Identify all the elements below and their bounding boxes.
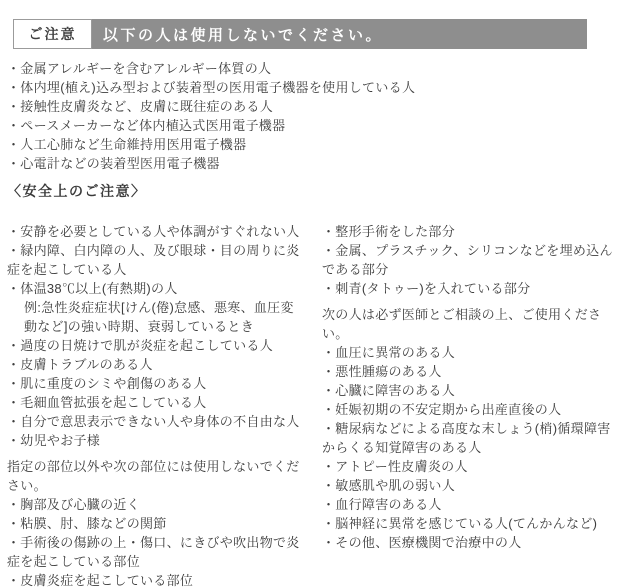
list-item: ・その他、医療機関で治療中の人 bbox=[322, 533, 614, 552]
list-item: ・体温38℃以上(有熱期)の人 bbox=[7, 279, 307, 298]
list-item: ・血行障害のある人 bbox=[322, 495, 614, 514]
list-item: ・心臓に障害のある人 bbox=[322, 381, 614, 400]
list-item: ・胸部及び心臓の近く bbox=[7, 495, 307, 514]
list-item: ・悪性腫瘍のある人 bbox=[322, 362, 614, 381]
list-item: ・人工心肺など生命維持用医用電子機器 bbox=[7, 135, 640, 154]
list-item: ・皮膚炎症を起こしている部位 bbox=[7, 571, 307, 588]
list-item: ・アトピー性皮膚炎の人 bbox=[322, 457, 614, 476]
list-item: ・血圧に異常のある人 bbox=[322, 343, 614, 362]
list-item: ・自分で意思表示できない人や身体の不自由な人 bbox=[7, 412, 307, 431]
safety-column-right: ・整形手術をした部分・金属、プラスチック、シリコンなどを埋め込んである部分・刺青… bbox=[322, 222, 614, 552]
list-item: ・妊娠初期の不安定期から出産直後の人 bbox=[322, 400, 614, 419]
safety-section-heading: 〈安全上のご注意〉 bbox=[7, 181, 640, 201]
safety-column-left: ・安静を必要としている人や体調がすぐれない人・緑内障、白内障の人、及び眼球・目の… bbox=[7, 222, 307, 588]
list-item: ・緑内障、白内障の人、及び眼球・目の周りに炎症を起こしている人 bbox=[7, 241, 307, 279]
list-item: ・肌に重度のシミや創傷のある人 bbox=[7, 374, 307, 393]
list-item: ・過度の日焼けで肌が炎症を起こしている人 bbox=[7, 336, 307, 355]
caution-header: ご注意 以下の人は使用しないでください。 bbox=[13, 19, 587, 49]
list-item: ・ペースメーカーなど体内植込式医用電子機器 bbox=[7, 116, 640, 135]
list-item: ・幼児やお子様 bbox=[7, 431, 307, 450]
list-item: ・糖尿病などによる高度な末しょう(梢)循環障害からくる知覚障害のある人 bbox=[322, 419, 614, 457]
list-item: ・皮膚トラブルのある人 bbox=[7, 355, 307, 374]
list-item: ・手術後の傷跡の上・傷口、にきびや吹出物で炎症を起こしている部位 bbox=[7, 533, 307, 571]
safety-columns: ・安静を必要としている人や体調がすぐれない人・緑内障、白内障の人、及び眼球・目の… bbox=[7, 222, 640, 588]
list-item: 次の人は必ず医師とご相談の上、ご使用ください。 bbox=[322, 305, 614, 343]
list-item: ・脳神経に異常を感じている人(てんかんなど) bbox=[322, 514, 614, 533]
list-item: ・粘膜、肘、膝などの関節 bbox=[7, 514, 307, 533]
list-item: ・整形手術をした部分 bbox=[322, 222, 614, 241]
list-item: ・安静を必要としている人や体調がすぐれない人 bbox=[7, 222, 307, 241]
list-item: ・接触性皮膚炎など、皮膚に既往症のある人 bbox=[7, 97, 640, 116]
list-item: 指定の部位以外や次の部位には使用しないでください。 bbox=[7, 457, 307, 495]
caution-title-bar: 以下の人は使用しないでください。 bbox=[92, 19, 587, 49]
list-item: ・敏感肌や肌の弱い人 bbox=[322, 476, 614, 495]
list-item: 例:急性炎症症状[けん(倦)怠感、悪寒、血圧変動など]の強い時期、衰弱していると… bbox=[7, 298, 307, 336]
list-item: ・金属、プラスチック、シリコンなどを埋め込んである部分 bbox=[322, 241, 614, 279]
list-item: ・刺青(タトゥー)を入れている部分 bbox=[322, 279, 614, 298]
list-item: ・心電計などの装着型医用電子機器 bbox=[7, 154, 640, 173]
caution-label-badge: ご注意 bbox=[13, 19, 92, 49]
do-not-use-list: ・金属アレルギーを含むアレルギー体質の人・体内埋(植え)込み型および装着型の医用… bbox=[7, 59, 640, 173]
list-item: ・体内埋(植え)込み型および装着型の医用電子機器を使用している人 bbox=[7, 78, 640, 97]
caution-document: ご注意 以下の人は使用しないでください。 ・金属アレルギーを含むアレルギー体質の… bbox=[0, 0, 640, 588]
list-item: ・金属アレルギーを含むアレルギー体質の人 bbox=[7, 59, 640, 78]
list-item: ・毛細血管拡張を起こしている人 bbox=[7, 393, 307, 412]
